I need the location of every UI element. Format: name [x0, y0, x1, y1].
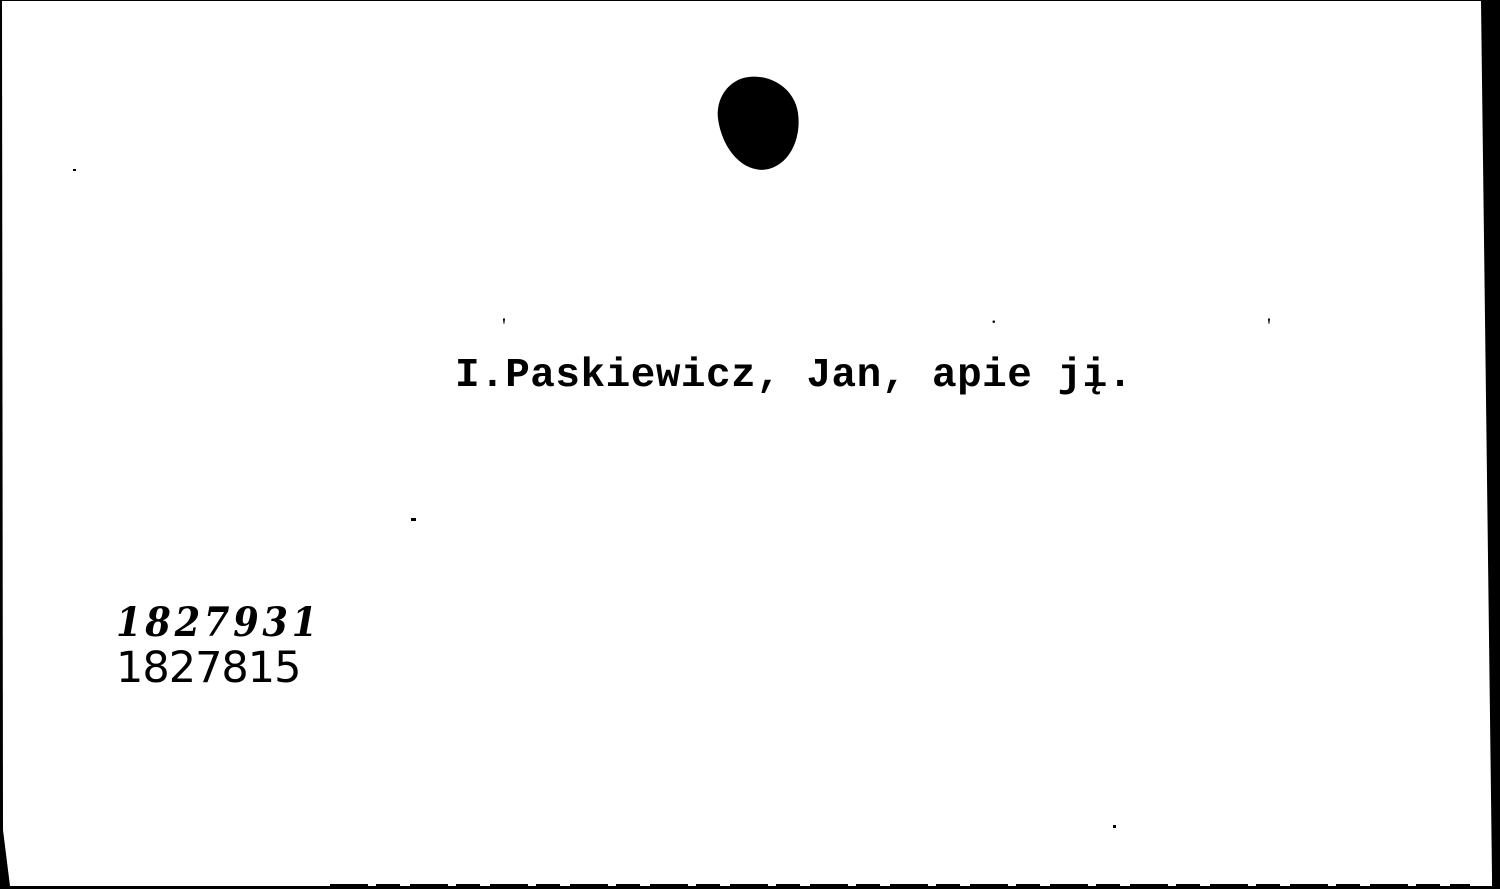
- accent-mark: ': [1267, 315, 1271, 337]
- card-heading: I.Paskiewicz, Jan, apie jį.: [455, 356, 1133, 397]
- speck: [73, 169, 76, 171]
- handwritten-number: 1827931: [116, 603, 321, 647]
- bottom-edge-marks: [330, 884, 1470, 887]
- speck: [1113, 825, 1116, 828]
- typed-number: 1827815: [116, 647, 339, 690]
- index-card: ' . ' I.Paskiewicz, Jan, apie jį. 182793…: [0, 0, 1500, 889]
- accent-mark: .: [991, 305, 997, 327]
- punch-hole: [713, 71, 805, 175]
- accent-mark: ': [502, 315, 506, 337]
- scanned-card-background: ' . ' I.Paskiewicz, Jan, apie jį. 182793…: [0, 0, 1500, 889]
- catalog-numbers: 1827931 1827815: [116, 603, 339, 690]
- speck: [411, 518, 416, 521]
